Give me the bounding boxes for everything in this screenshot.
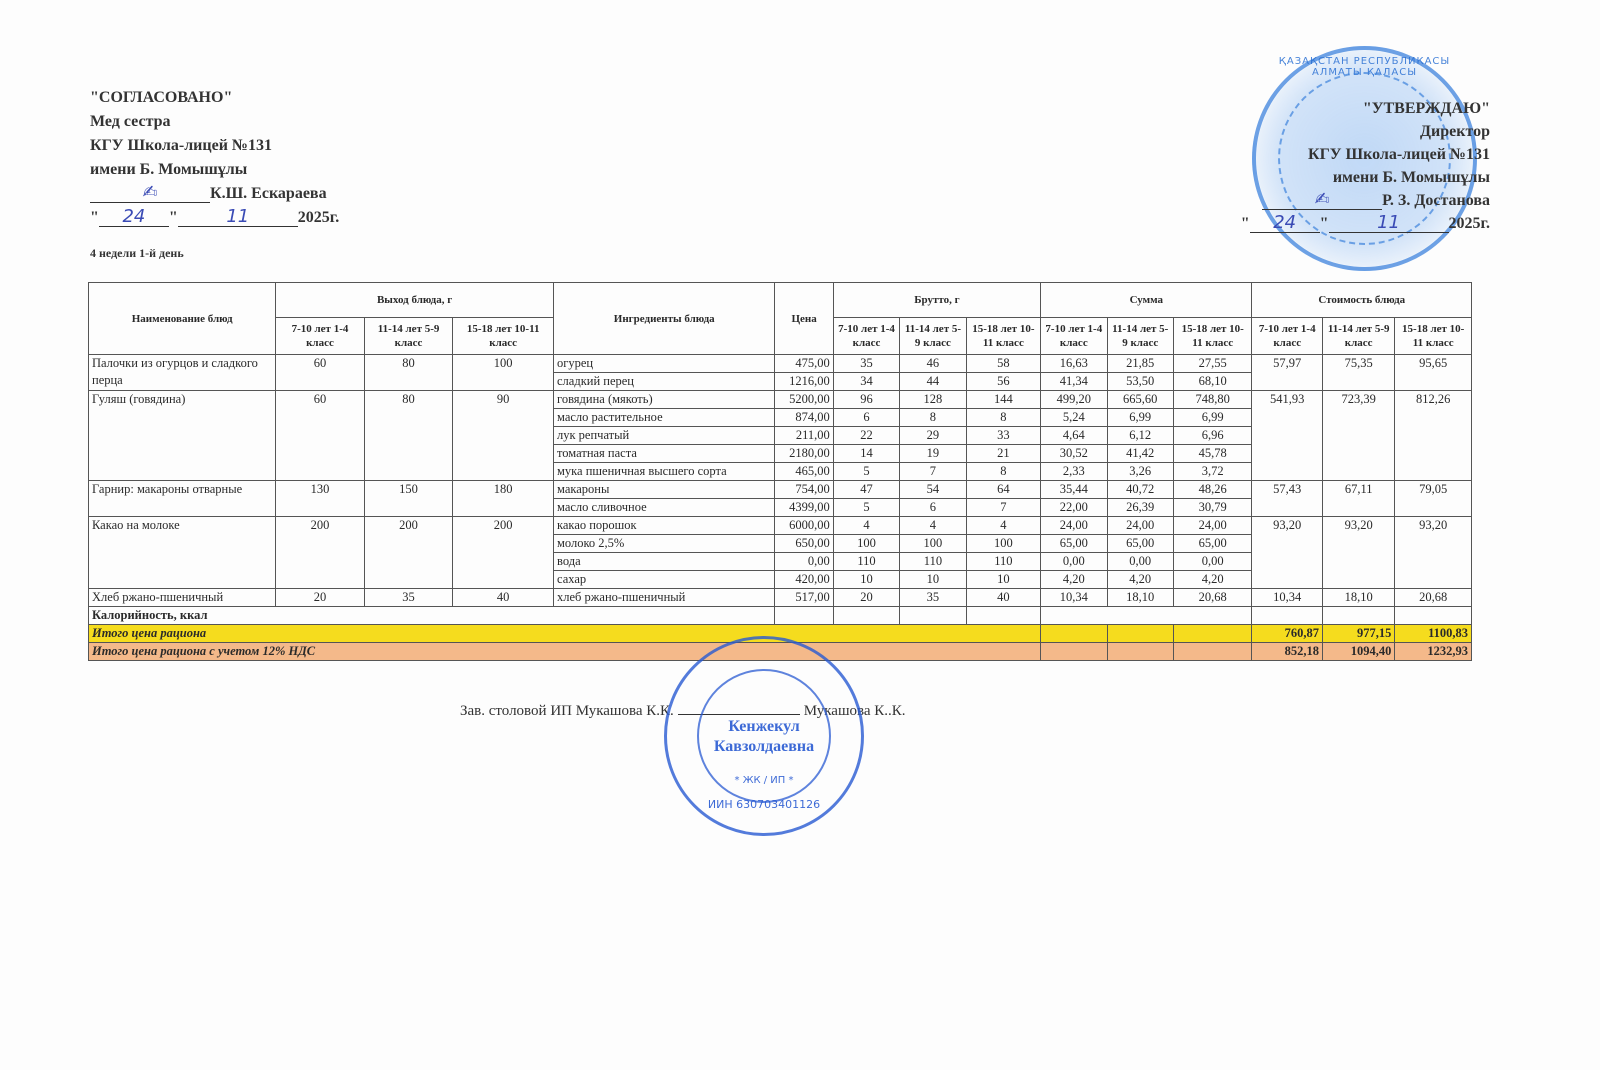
total-vat-value: 852,18: [1252, 643, 1322, 661]
ingredient-sum: 6,99: [1173, 409, 1252, 427]
ingredient-sum: 4,20: [1107, 571, 1173, 589]
ingredient-brutto: 7: [966, 499, 1040, 517]
ingredient-brutto: 110: [966, 553, 1040, 571]
ingredient-sum: 0,00: [1173, 553, 1252, 571]
ingredient-brutto: 10: [966, 571, 1040, 589]
dish-output: 200: [276, 517, 365, 589]
ingredient-brutto: 20: [833, 589, 899, 607]
ingredient-sum: 10,34: [1041, 589, 1107, 607]
ingredient-sum: 45,78: [1173, 445, 1252, 463]
dish-output: 40: [453, 589, 554, 607]
canteen-head-label: Зав. столовой ИП Мукашова К.К.: [460, 703, 674, 719]
date-month: 11: [1329, 214, 1449, 233]
ingredient-sum: 40,72: [1107, 481, 1173, 499]
ingredient-sum: 20,68: [1173, 589, 1252, 607]
stamp-name-line2: Кавзолдаевна: [667, 737, 861, 757]
dish-cost: 723,39: [1322, 391, 1394, 481]
header-cost-age-group: 15-18 лет 10-11 класс: [1395, 318, 1472, 355]
ingredient-sum: 53,50: [1107, 373, 1173, 391]
total-vat-empty: [1173, 643, 1252, 661]
approval-signer: К.Ш. Ескараева: [210, 185, 327, 202]
ingredient-brutto: 8: [966, 463, 1040, 481]
dish-cost: 93,20: [1252, 517, 1322, 589]
header-brutto-age-group: 11-14 лет 5-9 класс: [900, 318, 966, 355]
ingredient-sum: 65,00: [1107, 535, 1173, 553]
menu-cost-table: Наименование блюд Выход блюда, г Ингреди…: [88, 282, 1472, 661]
approval-org: КГУ Школа-лицей №131: [1241, 143, 1490, 166]
header-sum-age-group: 7-10 лет 1-4 класс: [1041, 318, 1107, 355]
table-row: Хлеб ржано-пшеничный203540хлеб ржано-пше…: [89, 589, 1472, 607]
header-cost-age-group: 11-14 лет 5-9 класс: [1322, 318, 1394, 355]
ingredient-brutto: 8: [900, 409, 966, 427]
ingredient-price: 1216,00: [775, 373, 833, 391]
stamp-inn: ИИН 630703401126: [667, 798, 861, 811]
dish-cost: 57,97: [1252, 355, 1322, 391]
ingredient-brutto: 96: [833, 391, 899, 409]
ingredient-name: молоко 2,5%: [554, 535, 775, 553]
table-row: Какао на молоке200200200какао порошок600…: [89, 517, 1472, 535]
ingredient-sum: 27,55: [1173, 355, 1252, 373]
dish-cost: 812,26: [1395, 391, 1472, 481]
ingredient-sum: 48,26: [1173, 481, 1252, 499]
ingredient-brutto: 10: [900, 571, 966, 589]
ingredient-brutto: 5: [833, 463, 899, 481]
ingredient-brutto: 4: [966, 517, 1040, 535]
ingredient-price: 475,00: [775, 355, 833, 373]
ingredient-brutto: 64: [966, 481, 1040, 499]
dish-output: 130: [276, 481, 365, 517]
header-cost: Стоимость блюда: [1252, 283, 1472, 318]
total-empty: [1173, 625, 1252, 643]
signature-mark: ✍: [1262, 191, 1382, 210]
dish-cost: 79,05: [1395, 481, 1472, 517]
ingredient-brutto: 100: [966, 535, 1040, 553]
calorie-cell: [1252, 607, 1322, 625]
total-vat-value: 1232,93: [1395, 643, 1472, 661]
header-sum-age-group: 15-18 лет 10-11 класс: [1173, 318, 1252, 355]
dish-cost: 95,65: [1395, 355, 1472, 391]
ingredient-brutto: 34: [833, 373, 899, 391]
date-year: 2025г.: [298, 209, 339, 226]
dish-name: Гарнир: макароны отварные: [89, 481, 276, 517]
total-empty: [1107, 625, 1173, 643]
menu-body: Палочки из огурцов и сладкого перца60801…: [89, 355, 1472, 607]
ingredient-name: мука пшеничная высшего сорта: [554, 463, 775, 481]
header-dish: Наименование блюд: [89, 283, 276, 355]
approval-role: Мед сестра: [90, 110, 339, 134]
approval-signature-line: ✍Р. З. Достанова: [1241, 189, 1490, 212]
ingredient-name: томатная паста: [554, 445, 775, 463]
dish-cost: 57,43: [1252, 481, 1322, 517]
ingredient-sum: 0,00: [1107, 553, 1173, 571]
ingredient-name: сладкий перец: [554, 373, 775, 391]
ingredient-brutto: 7: [900, 463, 966, 481]
ingredient-price: 4399,00: [775, 499, 833, 517]
date-year: 2025г.: [1449, 215, 1490, 232]
dish-cost: 20,68: [1395, 589, 1472, 607]
ingredient-sum: 4,64: [1041, 427, 1107, 445]
ingredient-sum: 18,10: [1107, 589, 1173, 607]
ingredient-brutto: 46: [900, 355, 966, 373]
dish-cost: 67,11: [1322, 481, 1394, 517]
dish-cost: 93,20: [1395, 517, 1472, 589]
dish-name: Хлеб ржано-пшеничный: [89, 589, 276, 607]
ingredient-sum: 748,80: [1173, 391, 1252, 409]
header-output: Выход блюда, г: [276, 283, 554, 318]
ingredient-name: говядина (мякоть): [554, 391, 775, 409]
ingredient-sum: 22,00: [1041, 499, 1107, 517]
header-brutto-age-group: 15-18 лет 10-11 класс: [966, 318, 1040, 355]
calorie-cell: [1395, 607, 1472, 625]
dish-output: 20: [276, 589, 365, 607]
ingredient-sum: 4,20: [1041, 571, 1107, 589]
dish-cost: 18,10: [1322, 589, 1394, 607]
approval-title: "УТВЕРЖДАЮ": [1241, 97, 1490, 120]
calorie-cell: [833, 607, 899, 625]
signature-mark: ✍: [90, 184, 210, 203]
ingredient-sum: 4,20: [1173, 571, 1252, 589]
ingredient-brutto: 4: [900, 517, 966, 535]
ingredient-brutto: 100: [900, 535, 966, 553]
ingredient-brutto: 5: [833, 499, 899, 517]
dish-name: Гуляш (говядина): [89, 391, 276, 481]
calorie-cell: [1041, 607, 1252, 625]
ingredient-brutto: 58: [966, 355, 1040, 373]
ingredient-sum: 0,00: [1041, 553, 1107, 571]
dish-name: Палочки из огурцов и сладкого перца: [89, 355, 276, 391]
ingredient-brutto: 56: [966, 373, 1040, 391]
approval-name-of: имени Б. Момышұлы: [90, 158, 339, 182]
header-output-age-group: 15-18 лет 10-11 класс: [453, 318, 554, 355]
ingredient-sum: 3,72: [1173, 463, 1252, 481]
ingredient-brutto: 22: [833, 427, 899, 445]
approval-signer: Р. З. Достанова: [1382, 192, 1490, 209]
total-vat-value: 1094,40: [1322, 643, 1394, 661]
dish-output: 200: [364, 517, 453, 589]
ingredient-sum: 2,33: [1041, 463, 1107, 481]
stamp-name-line1: Кенжекул: [667, 717, 861, 737]
approval-block-approved: "УТВЕРЖДАЮ" Директор КГУ Школа-лицей №13…: [1241, 97, 1490, 235]
header-brutto: Брутто, г: [833, 283, 1040, 318]
ingredient-brutto: 19: [900, 445, 966, 463]
date-day: 24: [1250, 214, 1320, 233]
approval-role: Директор: [1241, 120, 1490, 143]
ingredient-sum: 665,60: [1107, 391, 1173, 409]
day-label: 4 недели 1-й день: [90, 246, 184, 261]
approval-signature-line: ✍К.Ш. Ескараева: [90, 182, 339, 206]
ingredient-sum: 16,63: [1041, 355, 1107, 373]
approval-title: "СОГЛАСОВАНО": [90, 86, 339, 110]
ingredient-sum: 24,00: [1041, 517, 1107, 535]
ingredient-sum: 5,24: [1041, 409, 1107, 427]
ingredient-brutto: 4: [833, 517, 899, 535]
ingredient-sum: 35,44: [1041, 481, 1107, 499]
total-value: 760,87: [1252, 625, 1322, 643]
ingredient-price: 465,00: [775, 463, 833, 481]
ingredient-name: масло растительное: [554, 409, 775, 427]
approval-date: "24"112025г.: [90, 206, 339, 230]
ingredient-sum: 499,20: [1041, 391, 1107, 409]
dish-output: 35: [364, 589, 453, 607]
ingredient-sum: 41,42: [1107, 445, 1173, 463]
ingredient-brutto: 128: [900, 391, 966, 409]
ingredient-brutto: 35: [833, 355, 899, 373]
calorie-label: Калорийность, ккал: [89, 607, 775, 625]
entrepreneur-stamp: Кенжекул Кавзолдаевна * ЖК / ИП * ИИН 63…: [664, 636, 864, 836]
ingredient-sum: 6,99: [1107, 409, 1173, 427]
approval-date: "24"112025г.: [1241, 212, 1490, 235]
ingredient-brutto: 35: [900, 589, 966, 607]
dish-output: 150: [364, 481, 453, 517]
ingredient-brutto: 33: [966, 427, 1040, 445]
dish-output: 80: [364, 355, 453, 391]
dish-cost: 75,35: [1322, 355, 1394, 391]
ingredient-price: 6000,00: [775, 517, 833, 535]
total-empty: [1041, 625, 1107, 643]
total-label: Итого цена рациона: [89, 625, 1041, 643]
ingredient-sum: 6,96: [1173, 427, 1252, 445]
date-month: 11: [178, 208, 298, 227]
ingredient-brutto: 144: [966, 391, 1040, 409]
header-cost-age-group: 7-10 лет 1-4 класс: [1252, 318, 1322, 355]
ingredient-sum: 21,85: [1107, 355, 1173, 373]
total-vat-empty: [1041, 643, 1107, 661]
dish-output: 60: [276, 391, 365, 481]
header-brutto-age-group: 7-10 лет 1-4 класс: [833, 318, 899, 355]
ingredient-sum: 30,52: [1041, 445, 1107, 463]
total-vat-label: Итого цена рациона с учетом 12% НДС: [89, 643, 1041, 661]
dish-output: 100: [453, 355, 554, 391]
approval-block-agreed: "СОГЛАСОВАНО" Мед сестра КГУ Школа-лицей…: [90, 86, 339, 230]
dish-cost: 93,20: [1322, 517, 1394, 589]
stamp-ip-mark: * ЖК / ИП *: [667, 775, 861, 786]
total-value: 977,15: [1322, 625, 1394, 643]
ingredient-brutto: 6: [900, 499, 966, 517]
ingredient-name: лук репчатый: [554, 427, 775, 445]
ingredient-sum: 3,26: [1107, 463, 1173, 481]
ingredient-price: 754,00: [775, 481, 833, 499]
dish-name: Какао на молоке: [89, 517, 276, 589]
approval-name-of: имени Б. Момышұлы: [1241, 166, 1490, 189]
ingredient-sum: 26,39: [1107, 499, 1173, 517]
ingredient-brutto: 44: [900, 373, 966, 391]
calorie-cell: [966, 607, 1040, 625]
calorie-row: Калорийность, ккал: [89, 607, 1472, 625]
ingredient-price: 211,00: [775, 427, 833, 445]
ingredient-sum: 24,00: [1173, 517, 1252, 535]
ingredient-price: 0,00: [775, 553, 833, 571]
dish-cost: 541,93: [1252, 391, 1322, 481]
dish-output: 80: [364, 391, 453, 481]
calorie-cell: [900, 607, 966, 625]
ingredient-brutto: 29: [900, 427, 966, 445]
dish-output: 200: [453, 517, 554, 589]
ingredient-sum: 41,34: [1041, 373, 1107, 391]
ingredient-sum: 65,00: [1041, 535, 1107, 553]
ingredient-brutto: 21: [966, 445, 1040, 463]
table-row: Палочки из огурцов и сладкого перца60801…: [89, 355, 1472, 373]
ingredient-name: хлеб ржано-пшеничный: [554, 589, 775, 607]
school-stamp-text: ҚАЗАҚСТАН РЕСПУБЛИКАСЫ АЛМАТЫ ҚАЛАСЫ: [1256, 56, 1473, 78]
ingredient-name: макароны: [554, 481, 775, 499]
stamp-owner-name: Кенжекул Кавзолдаевна: [667, 717, 861, 757]
ingredient-price: 2180,00: [775, 445, 833, 463]
ingredient-name: огурец: [554, 355, 775, 373]
ingredient-sum: 65,00: [1173, 535, 1252, 553]
header-output-age-group: 11-14 лет 5-9 класс: [364, 318, 453, 355]
ingredient-price: 650,00: [775, 535, 833, 553]
dish-output: 90: [453, 391, 554, 481]
header-ingredients: Ингредиенты блюда: [554, 283, 775, 355]
table-row: Гуляш (говядина)608090говядина (мякоть)5…: [89, 391, 1472, 409]
calorie-cell: [1322, 607, 1394, 625]
header-sum-age-group: 11-14 лет 5-9 класс: [1107, 318, 1173, 355]
approval-org: КГУ Школа-лицей №131: [90, 134, 339, 158]
table-row: Гарнир: макароны отварные130150180макаро…: [89, 481, 1472, 499]
dish-output: 60: [276, 355, 365, 391]
total-vat-empty: [1107, 643, 1173, 661]
ingredient-brutto: 47: [833, 481, 899, 499]
calorie-cell: [775, 607, 833, 625]
ingredient-brutto: 40: [966, 589, 1040, 607]
ingredient-brutto: 54: [900, 481, 966, 499]
ingredient-sum: 6,12: [1107, 427, 1173, 445]
dish-output: 180: [453, 481, 554, 517]
ingredient-brutto: 110: [833, 553, 899, 571]
ingredient-price: 420,00: [775, 571, 833, 589]
ingredient-price: 517,00: [775, 589, 833, 607]
ingredient-brutto: 8: [966, 409, 1040, 427]
header-output-age-group: 7-10 лет 1-4 класс: [276, 318, 365, 355]
ingredient-brutto: 110: [900, 553, 966, 571]
ingredient-name: сахар: [554, 571, 775, 589]
ingredient-name: масло сливочное: [554, 499, 775, 517]
ingredient-brutto: 100: [833, 535, 899, 553]
date-day: 24: [99, 208, 169, 227]
dish-cost: 10,34: [1252, 589, 1322, 607]
ingredient-name: вода: [554, 553, 775, 571]
total-value: 1100,83: [1395, 625, 1472, 643]
ingredient-brutto: 14: [833, 445, 899, 463]
header-sum: Сумма: [1041, 283, 1252, 318]
header-price: Цена: [775, 283, 833, 355]
ingredient-price: 5200,00: [775, 391, 833, 409]
ingredient-brutto: 10: [833, 571, 899, 589]
ingredient-brutto: 6: [833, 409, 899, 427]
ingredient-price: 874,00: [775, 409, 833, 427]
ingredient-sum: 30,79: [1173, 499, 1252, 517]
ingredient-sum: 68,10: [1173, 373, 1252, 391]
ingredient-name: какао порошок: [554, 517, 775, 535]
ingredient-sum: 24,00: [1107, 517, 1173, 535]
